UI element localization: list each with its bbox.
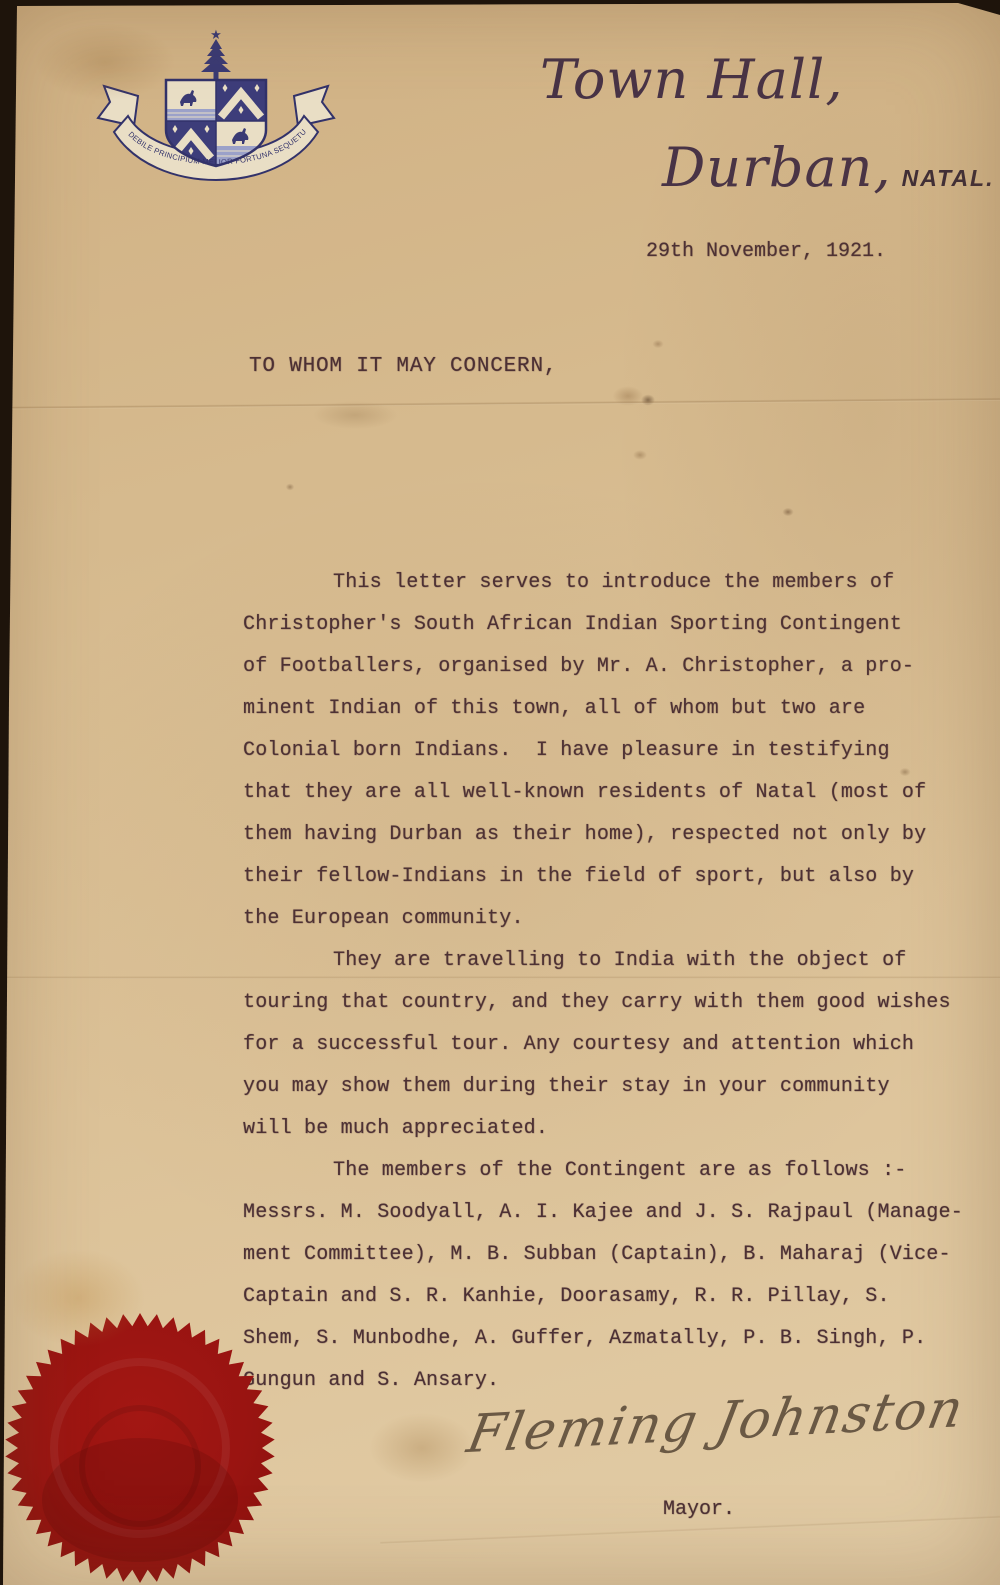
typed-line: Shem, S. Munbodhe, A. Guffer, Azmatally,… bbox=[243, 1318, 983, 1360]
typed-line: Christopher's South African Indian Sport… bbox=[243, 604, 983, 646]
typed-line: will be much appreciated. bbox=[243, 1108, 983, 1150]
letter-photo: { "letterhead": { "office": "Town Hall,"… bbox=[0, 0, 1000, 1585]
typed-line: ment Committee), M. B. Subban (Captain),… bbox=[243, 1234, 983, 1276]
typed-line: minent Indian of this town, all of whom … bbox=[243, 688, 983, 730]
letterhead-province: NATAL. bbox=[902, 165, 995, 192]
typed-line: Messrs. M. Soodyall, A. I. Kajee and J. … bbox=[243, 1192, 983, 1234]
typed-line: of Footballers, organised by Mr. A. Chri… bbox=[243, 646, 983, 688]
paragraph-1: This letter serves to introduce the memb… bbox=[243, 562, 983, 940]
durban-coat-of-arms: ★ bbox=[88, 26, 344, 198]
paper: ★ bbox=[0, 0, 1000, 1585]
typed-line: Colonial born Indians. I have pleasure i… bbox=[243, 730, 983, 772]
typed-line: you may show them during their stay in y… bbox=[243, 1066, 983, 1108]
fold-crease bbox=[0, 398, 1000, 410]
typed-line: Captain and S. R. Kanhie, Doorasamy, R. … bbox=[243, 1276, 983, 1318]
typed-line: that they are all well-known residents o… bbox=[243, 772, 983, 814]
typed-line: their fellow-Indians in the field of spo… bbox=[243, 856, 983, 898]
letterhead-office: Town Hall, bbox=[540, 48, 844, 111]
typed-line: They are travelling to India with the ob… bbox=[243, 940, 983, 982]
paragraph-3: The members of the Contingent are as fol… bbox=[243, 1150, 983, 1402]
crest-tree-icon bbox=[201, 39, 231, 81]
typed-line: the European community. bbox=[243, 898, 983, 940]
letterhead-city-line: Durban, NATAL. bbox=[662, 136, 995, 199]
signature-title: Mayor. bbox=[663, 1498, 735, 1521]
typed-line: them having Durban as their home), respe… bbox=[243, 814, 983, 856]
typed-line: touring that country, and they carry wit… bbox=[243, 982, 983, 1024]
typed-line: for a successful tour. Any courtesy and … bbox=[243, 1024, 983, 1066]
typed-line: The members of the Contingent are as fol… bbox=[243, 1150, 983, 1192]
letter-date: 29th November, 1921. bbox=[646, 240, 886, 263]
paragraph-2: They are travelling to India with the ob… bbox=[243, 940, 983, 1150]
red-wax-seal-icon bbox=[2, 1310, 278, 1585]
letterhead-city: Durban, bbox=[662, 136, 892, 199]
letter-body: This letter serves to introduce the memb… bbox=[243, 562, 983, 1402]
typed-line: This letter serves to introduce the memb… bbox=[243, 562, 983, 604]
salutation: TO WHOM IT MAY CONCERN, bbox=[249, 355, 557, 378]
